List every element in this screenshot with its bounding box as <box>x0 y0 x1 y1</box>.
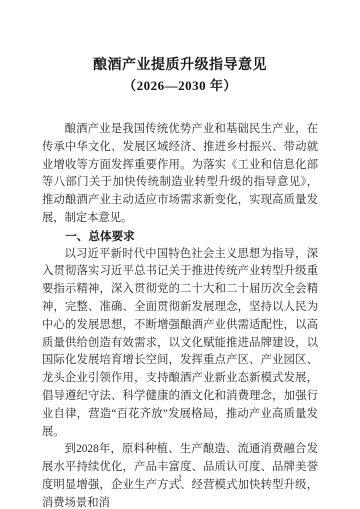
paragraph-guiding-ideology: 以习近平新时代中国特色社会主义思想为指导，深入贯彻落实习近平总书记关于推进传统产… <box>42 246 318 442</box>
paragraph-intro: 酿酒产业是我国传统优势产业和基础民生产业，在传承中华文化、发展区域经济、推进乡村… <box>42 121 318 228</box>
document-body: 酿酒产业是我国传统优势产业和基础民生产业，在传承中华文化、发展区域经济、推进乡村… <box>42 121 318 509</box>
page-number: 1 <box>0 473 360 483</box>
document-page: 酿酒产业提质升级指导意见 （2026—2030 年） 酿酒产业是我国传统优势产业… <box>0 0 360 509</box>
document-title: 酿酒产业提质升级指导意见 <box>42 57 318 75</box>
document-subtitle: （2026—2030 年） <box>42 77 318 95</box>
section-heading-overall-requirements: 一、总体要求 <box>42 228 318 246</box>
